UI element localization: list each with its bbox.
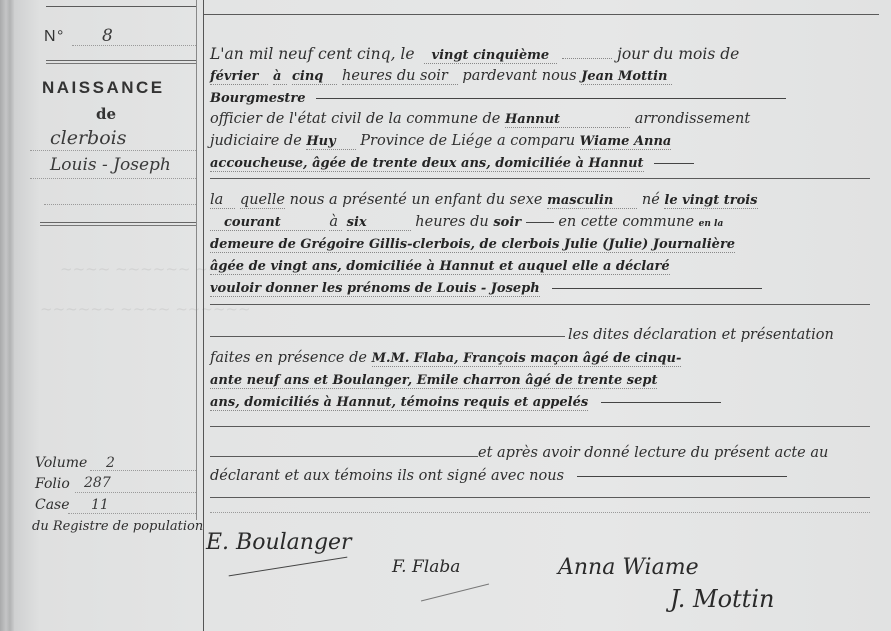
witness-residence: ans, domiciliés à Hannut, témoins requis…	[210, 395, 588, 411]
act-text: judiciaire de	[210, 133, 302, 149]
birth-month-value: courant	[210, 215, 325, 231]
act-text: en la	[699, 219, 724, 229]
margin-rule	[196, 0, 197, 520]
dotted-line	[75, 492, 196, 493]
act-text: à	[273, 69, 287, 85]
dash-fill	[654, 163, 694, 164]
hour-value: cinq	[292, 69, 337, 85]
act-line: accoucheuse, âgée de trente deux ans, do…	[210, 155, 694, 172]
act-line: Bourgmestre	[210, 90, 786, 106]
folio-label: Folio	[35, 476, 70, 492]
act-text: déclarant et aux témoins ils ont signé a…	[210, 468, 564, 484]
paragraph-rule	[210, 178, 870, 179]
signature-boulanger: E. Boulanger	[206, 530, 352, 555]
dotted-line	[68, 513, 196, 514]
dash-fill	[601, 402, 721, 403]
act-line: février à cinq heures du soir pardevant …	[210, 68, 672, 85]
act-text: heures du	[415, 214, 488, 230]
act-text: jour du mois de	[617, 45, 739, 63]
act-line: et après avoir donné lecture du présent …	[478, 445, 828, 461]
act-line: ante neuf ans et Boulanger, Emile charro…	[210, 372, 657, 389]
bleed-through-text: ~~~~~~ ~~~~ ~~~~~~	[40, 300, 251, 318]
day-value: vingt cinquième	[424, 48, 558, 64]
act-line: courant à six heures du soir en cette co…	[210, 214, 723, 231]
dotted-line	[30, 150, 196, 151]
birth-time-of-day: soir	[493, 215, 521, 230]
volume-label: Volume	[35, 455, 87, 471]
act-line: judiciaire de Huy Province de Liége a co…	[210, 133, 671, 150]
act-line: officier de l'état civil de la commune d…	[210, 111, 750, 128]
signature-wiame: Anna Wiame	[558, 555, 699, 580]
act-line: L'an mil neuf cent cinq, le vingt cinqui…	[210, 45, 739, 64]
act-text: à	[329, 214, 342, 231]
declarant-details: accoucheuse, âgée de trente deux ans, do…	[210, 156, 644, 172]
act-text: officier de l'état civil de la commune d…	[210, 111, 500, 127]
act-line: vouloir donner les prénoms de Louis - Jo…	[210, 280, 762, 297]
dash-fill	[316, 98, 786, 99]
margin-rule-2	[40, 222, 196, 226]
signature-flourish	[229, 557, 348, 577]
margin-rule-1	[46, 60, 196, 64]
child-surname: clerbois	[50, 127, 126, 149]
act-number-value: 8	[102, 26, 113, 46]
act-text: faites en présence de	[210, 350, 367, 366]
signature-mottin: J. Mottin	[670, 585, 774, 613]
dotted-line	[44, 204, 196, 205]
officer-title: Bourgmestre	[210, 91, 306, 106]
dotted-line	[210, 512, 870, 513]
act-text: quelle	[240, 192, 285, 209]
paragraph-rule	[210, 497, 870, 498]
top-rule	[204, 14, 879, 15]
dotted-fill	[562, 58, 612, 59]
act-text: et après avoir donné lecture du présent …	[478, 445, 828, 461]
act-number-label: N°	[44, 28, 65, 46]
mother-details: demeure de Grégoire Gillis-clerbois, de …	[210, 237, 735, 253]
act-line: déclarant et aux témoins ils ont signé a…	[210, 468, 787, 484]
case-label: Case	[35, 497, 70, 513]
witness-2-details: ante neuf ans et Boulanger, Emile charro…	[210, 373, 657, 389]
act-line: ans, domiciliés à Hannut, témoins requis…	[210, 394, 721, 411]
act-text: en cette commune	[558, 214, 694, 230]
mother-age-residence: âgée de vingt ans, domiciliée à Hannut e…	[210, 259, 670, 275]
birth-day-value: le vingt trois	[664, 193, 757, 209]
commune-value: Hannut	[505, 112, 630, 128]
folio-value: 287	[84, 475, 111, 491]
signature-flourish	[421, 584, 489, 602]
paragraph-rule	[210, 426, 870, 427]
act-type-heading: NAISSANCE	[42, 78, 165, 98]
dash-fill	[552, 288, 762, 289]
act-text: la	[210, 192, 235, 209]
de-label: de	[96, 105, 116, 123]
paragraph-rule	[210, 304, 870, 305]
dash-fill	[526, 222, 554, 223]
officer-name: Jean Mottin	[581, 69, 671, 85]
time-of-day: heures du soir	[342, 68, 458, 85]
act-line: âgée de vingt ans, domiciliée à Hannut e…	[210, 258, 670, 275]
column-divider	[203, 0, 204, 631]
birth-hour-value: six	[347, 215, 411, 231]
register-page: ~~~~ ~~~~~~ ~~~~ ~~~~~~ ~~~~ ~~~~~~ N° 8…	[0, 0, 891, 631]
act-line: demeure de Grégoire Gillis-clerbois, de …	[210, 236, 735, 253]
witness-1-details: M.M. Flaba, François maçon âgé de cinqu-	[372, 351, 682, 367]
act-line: la quelle nous a présenté un enfant du s…	[210, 192, 758, 209]
registry-label: du Registre de population	[32, 519, 203, 534]
act-text: Province de Liége a comparu	[360, 133, 575, 149]
page-binding	[0, 0, 14, 631]
child-names-declared: vouloir donner les prénoms de Louis - Jo…	[210, 281, 540, 297]
act-text: né	[642, 192, 660, 208]
month-value: février	[210, 69, 268, 85]
act-text: arrondissement	[635, 111, 750, 127]
signature-flaba: F. Flaba	[392, 557, 460, 577]
act-text: les dites déclaration et présentation	[568, 327, 834, 343]
paragraph-rule	[210, 336, 565, 337]
child-given-names: Louis - Joseph	[50, 155, 171, 175]
dotted-line	[72, 45, 196, 46]
act-text: L'an mil neuf cent cinq, le	[210, 45, 415, 63]
dotted-line	[30, 178, 196, 179]
volume-value: 2	[106, 455, 115, 471]
paragraph-rule	[210, 456, 478, 457]
sex-value: masculin	[547, 193, 637, 209]
declarant-name: Wiame Anna	[580, 134, 672, 150]
district-value: Huy	[306, 134, 355, 150]
act-text: nous a présenté un enfant du sexe	[290, 192, 543, 208]
dash-fill	[577, 476, 787, 477]
act-line: faites en présence de M.M. Flaba, Franço…	[210, 350, 681, 367]
case-value: 11	[91, 497, 109, 513]
act-line: les dites déclaration et présentation	[568, 327, 834, 343]
margin-top-rule	[46, 6, 196, 7]
act-text: pardevant nous	[462, 68, 576, 84]
